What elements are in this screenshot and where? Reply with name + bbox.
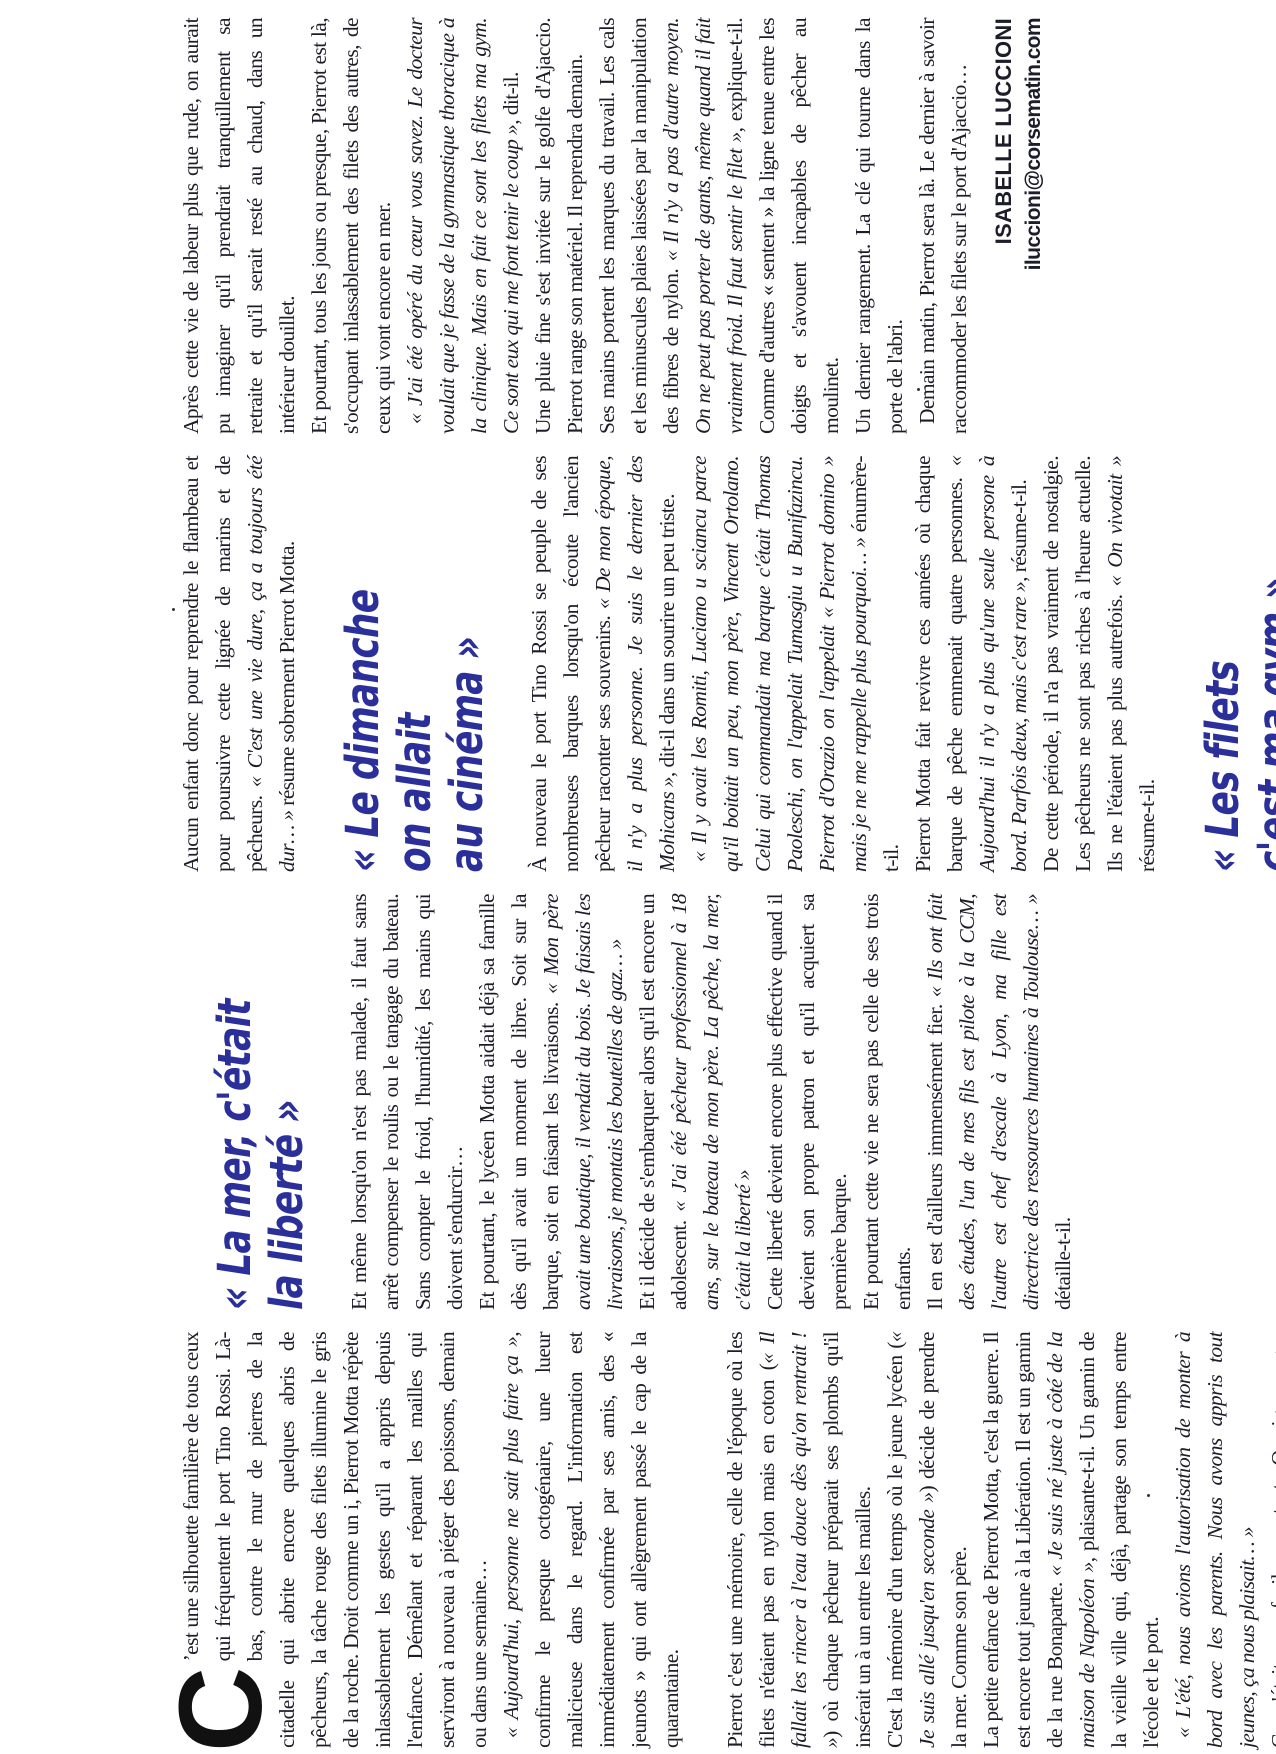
paragraph: Ce n'était pas facile pourtant. On ignor…	[1263, 1332, 1276, 1748]
article-column-3: Aucun enfant donc pour reprendre le flam…	[175, 456, 975, 872]
paragraph: « Aujourd'hui, personne ne sait plus fai…	[495, 1332, 687, 1748]
paragraph: Demain matin, Pierrot sera là. Le dernie…	[911, 18, 975, 434]
scan-speck	[1147, 1494, 1150, 1497]
paragraph: Après cette vie de labeur plus que rude,…	[175, 18, 303, 434]
drop-cap: C	[177, 1667, 265, 1752]
paragraph: C'est la mémoire d'un temps où le jeune …	[879, 1332, 975, 1748]
subheading-la-mer: « La mer, c'était la liberté »	[209, 977, 313, 1310]
subheading-le-dimanche: « Le dimanche on allait au cinéma »	[337, 539, 493, 872]
paragraph: De cette période, il n'a pas vraiment de…	[1035, 456, 1163, 872]
paragraph: Pierrot Motta fait revivre ces années où…	[907, 456, 1035, 872]
lead-paragraph: C’est une silhouette familière de tous c…	[175, 1332, 495, 1748]
paragraph: « Il y avait les Romiti, Luciano u scian…	[683, 456, 907, 872]
subheading-les-filets: « Les filets c'est ma gym »	[1197, 539, 1276, 872]
paragraph: Et pourtant cette vie ne sera pas celle …	[855, 894, 919, 1310]
article-column-4: Après cette vie de labeur plus que rude,…	[175, 18, 975, 434]
paragraph: Et pourtant, le lycéen Motta aidait déjà…	[471, 894, 631, 1310]
paragraph: La petite enfance de Pierrot Motta, c'es…	[975, 1332, 1167, 1748]
scan-speck	[172, 608, 175, 611]
paragraph: Aucun enfant donc pour reprendre le flam…	[175, 456, 303, 872]
paragraph: Pierrot c'est une mémoire, celle de l'ép…	[719, 1332, 879, 1748]
paragraph: À nouveau le port Tino Rossi se peuple d…	[523, 456, 683, 872]
scan-speck	[917, 388, 920, 391]
article-column-2: « La mer, c'était la liberté » Et même l…	[175, 894, 975, 1310]
author-email: iluccioni@corsematin.com	[1019, 18, 1049, 434]
paragraph: Il en est d'ailleurs immensément fier. «…	[919, 894, 1079, 1310]
paragraph: Cette liberté devient encore plus effect…	[759, 894, 855, 1310]
paragraph: Et pourtant, tous les jours ou presque, …	[303, 18, 399, 434]
author-name: ISABELLE LUCCIONI	[989, 18, 1019, 434]
paragraph: Et il décide de s'embarquer alors qu'il …	[631, 894, 759, 1310]
article-column-1: C’est une silhouette familière de tous c…	[175, 1332, 975, 1748]
paragraph: Ses mains portent les marques du travail…	[591, 18, 847, 434]
paragraph: Une pluie fine s'est invitée sur le golf…	[527, 18, 591, 434]
newspaper-article: C’est une silhouette familière de tous c…	[175, 18, 975, 1748]
paragraph: « J'ai été opéré du cœur vous savez. Le …	[399, 18, 527, 434]
paragraph: Un dernier rangement. La clé qui tourne …	[847, 18, 911, 434]
paragraph: Et même lorsqu'on n'est pas malade, il f…	[343, 894, 471, 1310]
quote-paragraph: « L'été, nous avions l'autorisation de m…	[1167, 1332, 1263, 1748]
byline: ISABELLE LUCCIONI iluccioni@corsematin.c…	[989, 18, 1049, 434]
